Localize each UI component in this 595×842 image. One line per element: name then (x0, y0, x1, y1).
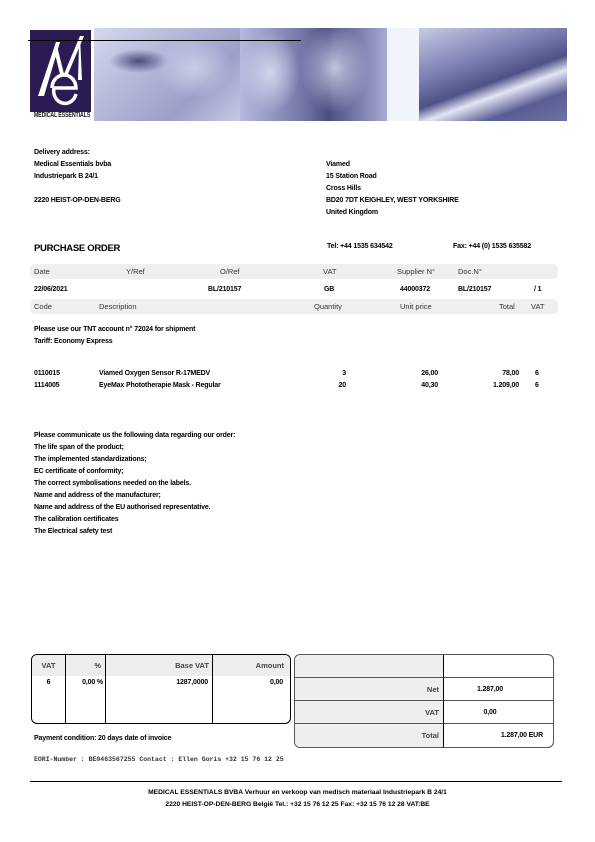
footer-line-2: 2220 HEIST-OP-DEN-BERG België Tel.: +32 … (0, 801, 595, 808)
shipping-notes: Please use our TNT account n° 72024 for … (34, 324, 195, 348)
supplier-line: Cross Hills (326, 183, 459, 195)
net-value: 1.287,00 (445, 684, 535, 696)
document-title: PURCHASE ORDER (34, 243, 120, 254)
requirements-list: Please communicate us the following data… (34, 430, 235, 538)
supplier-line: Viamed (326, 159, 459, 171)
payment-condition: Payment condition: 20 days date of invoi… (34, 733, 171, 745)
eori-contact-line: EORI-Number : BE0463567255 Contact : Ell… (34, 756, 284, 763)
value-page: / 1 (534, 284, 541, 296)
vat-row-base: 1287,0000 (106, 677, 208, 689)
note-line: Tariff: Economy Express (34, 336, 195, 348)
footer-line-1: MEDICAL ESSENTIALS BVBA Verhuur en verko… (0, 789, 595, 796)
col-unit-price: Unit price (400, 301, 432, 313)
row-total: 78,00 (480, 368, 519, 380)
col-total: Total (499, 301, 515, 313)
col-quantity: Quantity (314, 301, 342, 313)
delivery-line: 2220 HEIST-OP-DEN-BERG (34, 195, 121, 207)
vat-summary-table: VAT % Base VAT Amount 6 0,00 % 1287,0000… (31, 654, 291, 724)
col-doc-no: Doc.N° (458, 266, 482, 278)
value-doc-no: BL/210157 (458, 284, 491, 296)
vat-row-vat: 6 (32, 677, 65, 689)
total-value: 1.287,00 EUR (445, 730, 543, 742)
totals-box: Net 1.287,00 VAT 0,00 Total 1.287,00 EUR (294, 654, 554, 748)
row-description: EyeMax Phototherapie Mask - Regular (99, 380, 221, 392)
col-yref: Y/Ref (126, 266, 145, 278)
note-line: Please use our TNT account n° 72024 for … (34, 324, 195, 336)
requirement-line: The calibration certificates (34, 514, 235, 526)
net-label: Net (295, 684, 439, 696)
row-unit-price: 40,30 (400, 380, 438, 392)
banner-photo-woman-child (240, 28, 387, 121)
vat-value: 0,00 (445, 707, 535, 719)
requirement-line: Name and address of the EU authorised re… (34, 502, 235, 514)
supplier-fax: Fax: +44 (0) 1535 635582 (453, 241, 531, 253)
row-total: 1.209,00 (480, 380, 519, 392)
supplier-tel: Tel: +44 1535 634542 (327, 241, 393, 253)
supplier-line: United Kingdom (326, 207, 459, 219)
delivery-address: Delivery address: Medical Essentials bvb… (34, 147, 121, 207)
row-code: 0110015 (34, 368, 60, 380)
value-date: 22/06/2021 (34, 284, 68, 296)
col-date: Date (34, 266, 50, 278)
vat-row-percent: 0,00 % (66, 677, 103, 689)
row-code: 1114005 (34, 380, 59, 392)
header-rule (28, 40, 301, 41)
vat-col-vat: VAT (32, 660, 65, 672)
row-quantity: 3 (300, 368, 346, 380)
requirement-line: The implemented standardizations; (34, 454, 235, 466)
requirement-line: The life span of the product; (34, 442, 235, 454)
col-oref: O/Ref (220, 266, 240, 278)
row-vat: 6 (535, 368, 539, 380)
col-code: Code (34, 301, 52, 313)
requirement-line: EC certificate of conformity; (34, 466, 235, 478)
requirement-line: Name and address of the manufacturer; (34, 490, 235, 502)
delivery-label: Delivery address: (34, 147, 121, 159)
supplier-line: 15 Station Road (326, 171, 459, 183)
me-monogram-icon (30, 30, 91, 112)
supplier-line: BD20 7DT KEIGHLEY, WEST YORKSHIRE (326, 195, 459, 207)
col-supplier-no: Supplier N° (397, 266, 435, 278)
value-oref: BL/210157 (208, 284, 241, 296)
vat-col-amount: Amount (213, 660, 284, 672)
vat-label: VAT (295, 707, 439, 719)
delivery-line: Industriepark B 24/1 (34, 171, 121, 183)
value-vat: GB (324, 284, 334, 296)
total-label: Total (295, 730, 439, 742)
row-description: Viamed Oxygen Sensor R-17MEDV (99, 368, 210, 380)
requirement-line: Please communicate us the following data… (34, 430, 235, 442)
vat-row-amount: 0,00 (213, 677, 283, 689)
requirement-line: The Electrical safety test (34, 526, 235, 538)
supplier-address: Viamed 15 Station Road Cross Hills BD20 … (326, 159, 459, 219)
banner-photo-mother-baby (94, 28, 240, 121)
col-description: Description (99, 301, 137, 313)
vat-col-percent: % (66, 660, 101, 672)
delivery-line: Medical Essentials bvba (34, 159, 121, 171)
value-supplier-no: 44000372 (400, 284, 430, 296)
delivery-line (34, 183, 121, 195)
row-vat: 6 (535, 380, 539, 392)
banner-photo-surgeon (419, 28, 567, 121)
footer-rule (30, 781, 562, 782)
banner-divider (387, 28, 419, 121)
logo-wordmark: MEDICAL ESSENTIALS (30, 112, 94, 120)
col-vat: VAT (323, 266, 336, 278)
row-quantity: 20 (300, 380, 346, 392)
requirement-line: The correct symbolisations needed on the… (34, 478, 235, 490)
vat-col-base: Base VAT (106, 660, 209, 672)
col-line-vat: VAT (531, 301, 544, 313)
row-unit-price: 26,00 (400, 368, 438, 380)
